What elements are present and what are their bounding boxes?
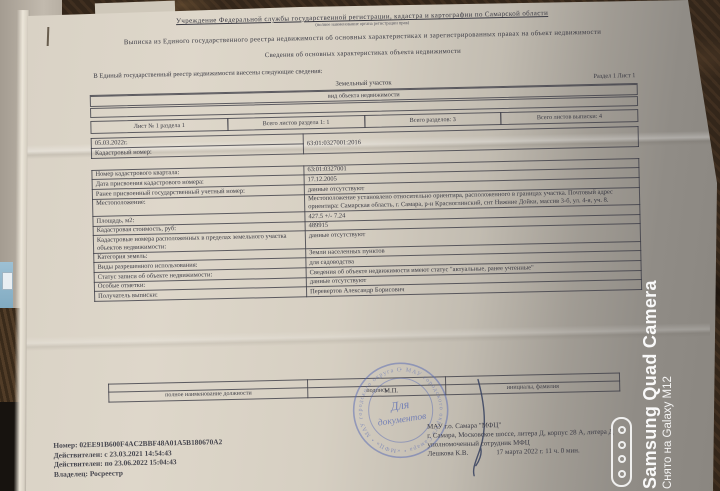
paper-sheet: Учреждение Федеральной службы государств… xyxy=(0,0,720,491)
stamp-center-line2: документов xyxy=(377,411,427,429)
egrn-extract: Учреждение Федеральной службы государств… xyxy=(88,4,644,403)
white-chip xyxy=(2,272,13,290)
cadastral-number-value: 63:01:0327001:2016 xyxy=(303,127,638,154)
sheet-info-cell: Всего листов раздела 1: 1 xyxy=(227,115,365,131)
camera-lens-icon xyxy=(618,426,626,434)
mfc-datetime: 17 марта 2022 г. 11 ч. 0 мин. xyxy=(496,446,580,457)
attributes-table: Номер кадастрового квартала:63:01:032700… xyxy=(91,158,642,302)
blue-object xyxy=(0,262,13,312)
stamp-center-line1: Для xyxy=(389,397,411,414)
mp-label: М.П. xyxy=(384,387,398,395)
document-subtitle: Сведения об основных характеристиках объ… xyxy=(89,44,637,64)
camera-lens-icon xyxy=(618,441,626,449)
camera-lens-icon xyxy=(618,455,626,463)
sheet-info-cell: Всего листов выписки: 4 xyxy=(500,109,638,125)
section-sheet-label: Раздел 1 Лист 1 xyxy=(593,73,635,81)
sheet-info-cell: Всего разделов: 3 xyxy=(364,112,502,128)
camera-watermark: Samsung Quad Camera Снято на Galaxy M12 xyxy=(640,197,674,489)
camera-lens-icon xyxy=(618,470,626,478)
quad-camera-icon xyxy=(611,417,632,487)
photo-of-document: Учреждение Федеральной службы государств… xyxy=(0,0,720,491)
watermark-subtitle: Снято на Galaxy M12 xyxy=(662,197,674,489)
watermark-title: Samsung Quad Camera xyxy=(640,197,661,489)
sheet-info-cell: Лист № 1 раздела 1 xyxy=(90,118,228,134)
digital-signature-block: Номер: 02EE91B600F4AC2BBF48A01A5B180670A… xyxy=(53,434,354,479)
mfc-employee-name: Лешкова К.В. xyxy=(428,449,469,459)
